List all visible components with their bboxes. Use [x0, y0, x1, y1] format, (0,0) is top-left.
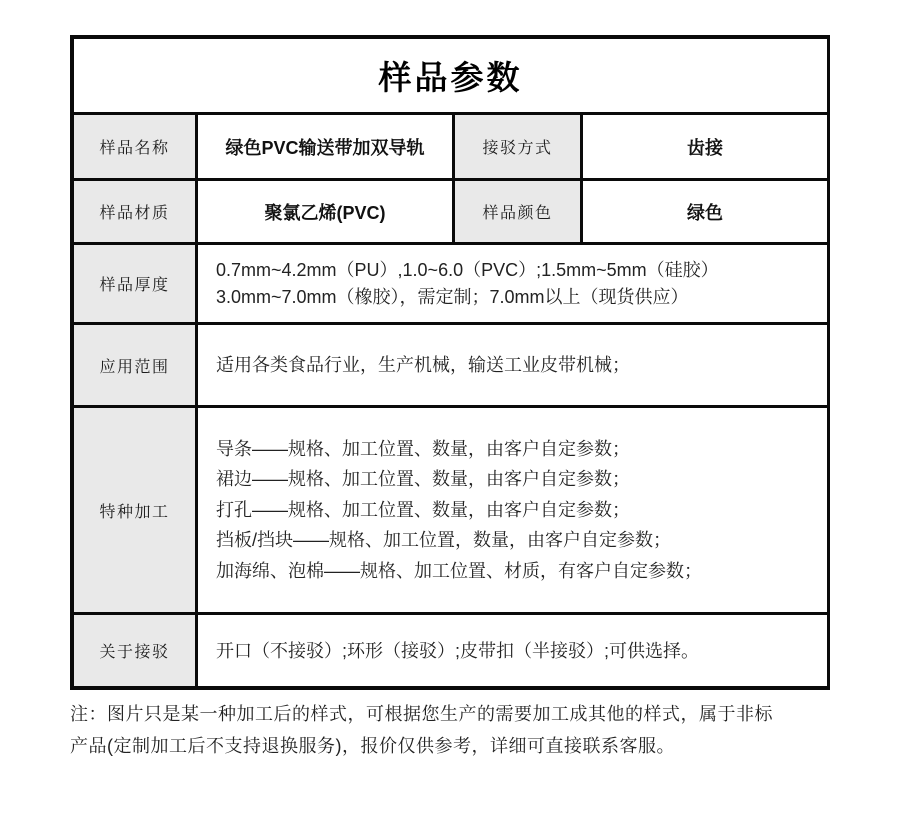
label-connection-method: 接驳方式 — [452, 115, 580, 178]
content-special-processing: 导条——规格、加工位置、数量，由客户自定参数； 裙边——规格、加工位置、数量，由… — [195, 408, 827, 612]
value-connection-method: 齿接 — [580, 115, 827, 178]
table-row-sample-material: 样品材质 聚氯乙烯(PVC) 样品颜色 绿色 — [74, 181, 827, 245]
table-row-about-joint: 关于接驳 开口（不接驳）;环形（接驳）;皮带扣（半接驳）;可供选择。 — [74, 615, 827, 686]
table-row-application-range: 应用范围 适用各类食品行业，生产机械，输送工业皮带机械； — [74, 325, 827, 408]
processing-line: 加海绵、泡棉——规格、加工位置、材质，有客户自定参数； — [216, 556, 702, 587]
application-line: 适用各类食品行业，生产机械，输送工业皮带机械； — [216, 351, 630, 379]
thickness-line: 3.0mm~7.0mm（橡胶），需定制；7.0mm以上（现货供应） — [216, 284, 689, 311]
table-row-sample-name: 样品名称 绿色PVC输送带加双导轨 接驳方式 齿接 — [74, 115, 827, 181]
value-sample-material: 聚氯乙烯(PVC) — [195, 181, 452, 242]
table-row-special-processing: 特种加工 导条——规格、加工位置、数量，由客户自定参数； 裙边——规格、加工位置… — [74, 408, 827, 615]
content-sample-thickness: 0.7mm~4.2mm（PU）,1.0~6.0（PVC）;1.5mm~5mm（硅… — [195, 245, 827, 322]
value-sample-color: 绿色 — [580, 181, 827, 242]
thickness-line: 0.7mm~4.2mm（PU）,1.0~6.0（PVC）;1.5mm~5mm（硅… — [216, 257, 719, 284]
label-sample-name: 样品名称 — [74, 115, 195, 178]
label-about-joint: 关于接驳 — [74, 615, 195, 686]
note-line: 注：图片只是某一种加工后的样式，可根据您生产的需要加工成其他的样式，属于非标 — [70, 698, 845, 730]
footer-note: 注：图片只是某一种加工后的样式，可根据您生产的需要加工成其他的样式，属于非标 产… — [70, 698, 845, 762]
note-line: 产品(定制加工后不支持退换服务)，报价仅供参考，详细可直接联系客服。 — [70, 730, 845, 762]
value-sample-name: 绿色PVC输送带加双导轨 — [195, 115, 452, 178]
processing-line: 裙边——规格、加工位置、数量，由客户自定参数； — [216, 464, 630, 495]
page: 样品参数 样品名称 绿色PVC输送带加双导轨 接驳方式 齿接 样品材质 聚氯乙烯… — [0, 0, 900, 815]
table-title-row: 样品参数 — [74, 39, 827, 115]
joint-line: 开口（不接驳）;环形（接驳）;皮带扣（半接驳）;可供选择。 — [216, 637, 699, 665]
content-about-joint: 开口（不接驳）;环形（接驳）;皮带扣（半接驳）;可供选择。 — [195, 615, 827, 686]
label-sample-material: 样品材质 — [74, 181, 195, 242]
label-special-processing: 特种加工 — [74, 408, 195, 612]
table-row-sample-thickness: 样品厚度 0.7mm~4.2mm（PU）,1.0~6.0（PVC）;1.5mm~… — [74, 245, 827, 325]
content-application-range: 适用各类食品行业，生产机械，输送工业皮带机械； — [195, 325, 827, 405]
label-sample-color: 样品颜色 — [452, 181, 580, 242]
processing-line: 打孔——规格、加工位置、数量，由客户自定参数； — [216, 495, 630, 526]
label-sample-thickness: 样品厚度 — [74, 245, 195, 322]
label-application-range: 应用范围 — [74, 325, 195, 405]
table-title: 样品参数 — [379, 52, 523, 99]
spec-table: 样品参数 样品名称 绿色PVC输送带加双导轨 接驳方式 齿接 样品材质 聚氯乙烯… — [70, 35, 830, 690]
processing-line: 挡板/挡块——规格、加工位置，数量，由客户自定参数； — [216, 525, 671, 556]
processing-line: 导条——规格、加工位置、数量，由客户自定参数； — [216, 434, 630, 465]
